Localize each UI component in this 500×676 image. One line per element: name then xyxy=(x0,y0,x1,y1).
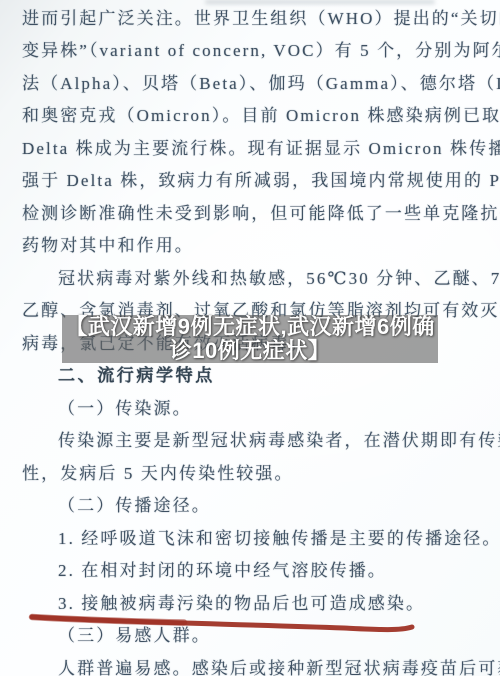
doc-line: （一）传染源。 xyxy=(0,390,500,423)
document-photo: 进而引起广泛关注。世界卫生组织（WHO）提出的“关切的变异株”（variant … xyxy=(0,0,500,676)
caption-line-1: 【武汉新增9例无症状,武汉新增6例确 xyxy=(65,315,435,339)
doc-line: 进而引起广泛关注。世界卫生组织（WHO）提出的“关切的 xyxy=(0,0,500,33)
doc-line: 法（Alpha）、贝塔（Beta）、伽玛（Gamma）、德尔塔（Delta） xyxy=(0,65,500,98)
doc-line: 3. 接触被病毒污染的物品后也可造成感染。 xyxy=(0,585,500,618)
doc-line: 性，发病后 5 天内传染性较强。 xyxy=(0,455,500,488)
doc-line: 药物对其中和作用。 xyxy=(0,228,500,261)
doc-line: 传染源主要是新型冠状病毒感染者，在潜伏期即有传染 xyxy=(0,423,500,456)
doc-line: 人群普遍易感。感染后或接种新型冠状病毒疫苗后可获 xyxy=(0,650,500,676)
doc-line: 和奥密克戎（Omicron）。目前 Omicron 株感染病例已取代 xyxy=(0,98,500,131)
doc-line: 强于 Delta 株，致病力有所减弱，我国境内常规使用的 PCR xyxy=(0,163,500,196)
caption-overlay: 【武汉新增9例无症状,武汉新增6例确 诊10例无症状】 xyxy=(62,315,438,363)
doc-line: Delta 株成为主要流行株。现有证据显示 Omicron 株传播力 xyxy=(0,130,500,163)
doc-line: 2. 在相对封闭的环境中经气溶胶传播。 xyxy=(0,553,500,586)
doc-line: 变异株”（variant of concern, VOC）有 5 个，分别为阿尔 xyxy=(0,33,500,66)
doc-line: 1. 经呼吸道飞沫和密切接触传播是主要的传播途径。 xyxy=(0,520,500,553)
doc-line: （三）易感人群。 xyxy=(0,618,500,651)
doc-line: 检测诊断准确性未受到影响，但可能降低了一些单克隆抗体 xyxy=(0,195,500,228)
doc-line: 冠状病毒对紫外线和热敏感，56℃30 分钟、乙醚、75% xyxy=(0,260,500,293)
doc-line: （二）传播途径。 xyxy=(0,488,500,521)
caption-line-2: 诊10例无症状】 xyxy=(170,339,330,363)
